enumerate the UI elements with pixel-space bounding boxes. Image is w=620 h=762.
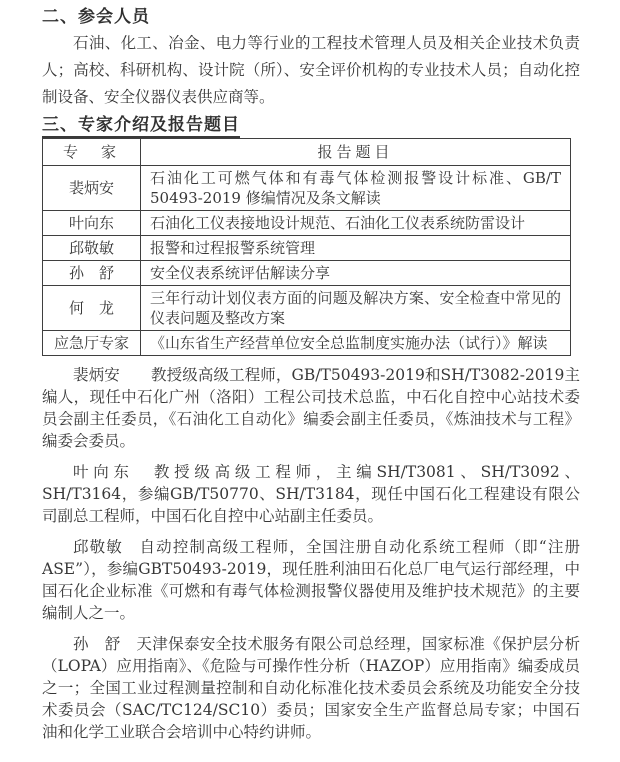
expert-name-cell: 孙 舒 bbox=[43, 261, 141, 286]
report-topic-cell: 三年行动计划仪表方面的问题及解决方案、安全检查中常见的仪表问题及整改方案 bbox=[141, 286, 571, 331]
table-row: 应急厅专家 《山东省生产经营单位安全总监制度实施办法（试行）》解读 bbox=[43, 331, 571, 356]
table-row: 邱敬敏 报警和过程报警系统管理 bbox=[43, 236, 571, 261]
table-row: 何 龙 三年行动计划仪表方面的问题及解决方案、安全检查中常见的仪表问题及整改方案 bbox=[43, 286, 571, 331]
expert-name-cell: 何 龙 bbox=[43, 286, 141, 331]
document-page: 二、参会人员 石油、化工、冶金、电力等行业的工程技术管理人员及相关企业技术负责人… bbox=[0, 0, 620, 762]
expert-bio-peibingan: 裴炳安 教授级高级工程师，GB/T50493-2019和SH/T3082-201… bbox=[42, 364, 580, 452]
expert-column-header: 专 家 bbox=[43, 139, 141, 166]
expert-bio-qiujingmin: 邱敬敏 自动控制高级工程师，全国注册自动化系统工程师（即“注册ASE”），参编G… bbox=[42, 536, 580, 624]
expert-name-cell: 叶向东 bbox=[43, 211, 141, 236]
section-heading-experts: 三、专家介绍及报告题目 bbox=[42, 114, 580, 136]
expert-bio-yexiangdong: 叶向东 教授级高级工程师，主编SH/T3081、SH/T3092、SH/T316… bbox=[42, 461, 580, 527]
topic-column-header: 报告题目 bbox=[141, 139, 571, 166]
expert-name-cell: 应急厅专家 bbox=[43, 331, 141, 356]
table-row: 裴炳安 石油化工可燃气体和有毒气体检测报警设计标准、GB/T 50493-201… bbox=[43, 166, 571, 211]
report-topic-cell: 安全仪表系统评估解读分享 bbox=[141, 261, 571, 286]
table-row: 叶向东 石油化工仪表接地设计规范、石油化工仪表系统防雷设计 bbox=[43, 211, 571, 236]
report-topic-cell: 石油化工仪表接地设计规范、石油化工仪表系统防雷设计 bbox=[141, 211, 571, 236]
expert-name-cell: 邱敬敏 bbox=[43, 236, 141, 261]
report-topic-cell: 报警和过程报警系统管理 bbox=[141, 236, 571, 261]
experts-table: 专 家 报告题目 裴炳安 石油化工可燃气体和有毒气体检测报警设计标准、GB/T … bbox=[42, 138, 571, 356]
section-heading-experts-text: 三、专家介绍及报告题目 bbox=[42, 115, 240, 138]
expert-bio-sunshu: 孙 舒 天津保泰安全技术服务有限公司总经理，国家标准《保护层分析（LOPA）应用… bbox=[42, 633, 580, 743]
expert-name-cell: 裴炳安 bbox=[43, 166, 141, 211]
report-topic-cell: 石油化工可燃气体和有毒气体检测报警设计标准、GB/T 50493-2019 修编… bbox=[141, 166, 571, 211]
section-heading-participants: 二、参会人员 bbox=[42, 6, 580, 28]
table-header-row: 专 家 报告题目 bbox=[43, 139, 571, 166]
table-row: 孙 舒 安全仪表系统评估解读分享 bbox=[43, 261, 571, 286]
participants-description: 石油、化工、冶金、电力等行业的工程技术管理人员及相关企业技术负责人；高校、科研机… bbox=[42, 30, 580, 111]
report-topic-cell: 《山东省生产经营单位安全总监制度实施办法（试行）》解读 bbox=[141, 331, 571, 356]
